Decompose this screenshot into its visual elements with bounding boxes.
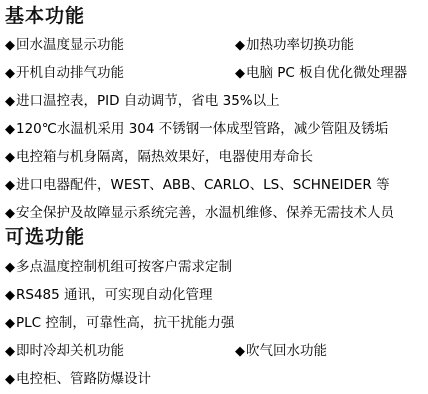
feature-item: ◆PLC 控制，可靠性高，抗干扰能力强 xyxy=(5,313,234,334)
feature-item: ◆回水温度显示功能 xyxy=(5,35,124,56)
feature-item: ◆进口电器配件，WEST、ABB、CARLO、LS、SCHNEIDER 等 xyxy=(5,175,390,196)
diamond-bullet-icon: ◆ xyxy=(5,372,15,387)
section-title-optional: 可选功能 xyxy=(5,226,85,248)
feature-item: ◆电脑 PC 板自优化微处理器 xyxy=(235,63,407,84)
feature-text: 电控箱与机身隔离，隔热效果好，电器使用寿命长 xyxy=(16,149,313,165)
feature-text: 开机自动排气功能 xyxy=(16,65,124,81)
diamond-bullet-icon: ◆ xyxy=(5,260,15,275)
feature-item: ◆吹气回水功能 xyxy=(235,341,327,362)
diamond-bullet-icon: ◆ xyxy=(5,150,15,165)
feature-text: 回水温度显示功能 xyxy=(16,37,124,53)
diamond-bullet-icon: ◆ xyxy=(5,288,15,303)
feature-item: ◆加热功率切换功能 xyxy=(235,35,354,56)
feature-item: ◆即时冷却关机功能 xyxy=(5,341,124,362)
feature-item: ◆电控柜、管路防爆设计 xyxy=(5,369,151,390)
feature-item: ◆多点温度控制机组可按客户需求定制 xyxy=(5,257,232,278)
diamond-bullet-icon: ◆ xyxy=(235,66,245,81)
feature-item: ◆电控箱与机身隔离，隔热效果好，电器使用寿命长 xyxy=(5,147,313,168)
feature-text: 进口温控表，PID 自动调节，省电 35%以上 xyxy=(16,93,280,109)
feature-text: 吹气回水功能 xyxy=(246,343,327,359)
feature-item: ◆安全保护及故障显示系统完善，水温机维修、保养无需技术人员 xyxy=(5,203,394,224)
feature-text: PLC 控制，可靠性高，抗干扰能力强 xyxy=(16,315,234,331)
feature-item: ◆120℃水温机采用 304 不锈钢一体成型管路，减少管阻及锈垢 xyxy=(5,119,388,140)
section-title-basic: 基本功能 xyxy=(5,5,85,27)
diamond-bullet-icon: ◆ xyxy=(235,344,245,359)
diamond-bullet-icon: ◆ xyxy=(5,206,15,221)
diamond-bullet-icon: ◆ xyxy=(5,122,15,137)
diamond-bullet-icon: ◆ xyxy=(5,38,15,53)
feature-item: ◆进口温控表，PID 自动调节，省电 35%以上 xyxy=(5,91,280,112)
diamond-bullet-icon: ◆ xyxy=(5,344,15,359)
diamond-bullet-icon: ◆ xyxy=(5,316,15,331)
diamond-bullet-icon: ◆ xyxy=(5,94,15,109)
feature-text: 电控柜、管路防爆设计 xyxy=(16,371,151,387)
feature-text: RS485 通讯，可实现自动化管理 xyxy=(16,287,213,303)
feature-text: 多点温度控制机组可按客户需求定制 xyxy=(16,259,232,275)
diamond-bullet-icon: ◆ xyxy=(5,66,15,81)
feature-item: ◆开机自动排气功能 xyxy=(5,63,124,84)
feature-text: 进口电器配件，WEST、ABB、CARLO、LS、SCHNEIDER 等 xyxy=(16,177,390,193)
feature-text: 即时冷却关机功能 xyxy=(16,343,124,359)
feature-text: 120℃水温机采用 304 不锈钢一体成型管路，减少管阻及锈垢 xyxy=(16,121,388,137)
feature-text: 电脑 PC 板自优化微处理器 xyxy=(246,65,407,81)
feature-text: 加热功率切换功能 xyxy=(246,37,354,53)
feature-item: ◆RS485 通讯，可实现自动化管理 xyxy=(5,285,213,306)
feature-text: 安全保护及故障显示系统完善，水温机维修、保养无需技术人员 xyxy=(16,205,394,221)
diamond-bullet-icon: ◆ xyxy=(5,178,15,193)
diamond-bullet-icon: ◆ xyxy=(235,38,245,53)
